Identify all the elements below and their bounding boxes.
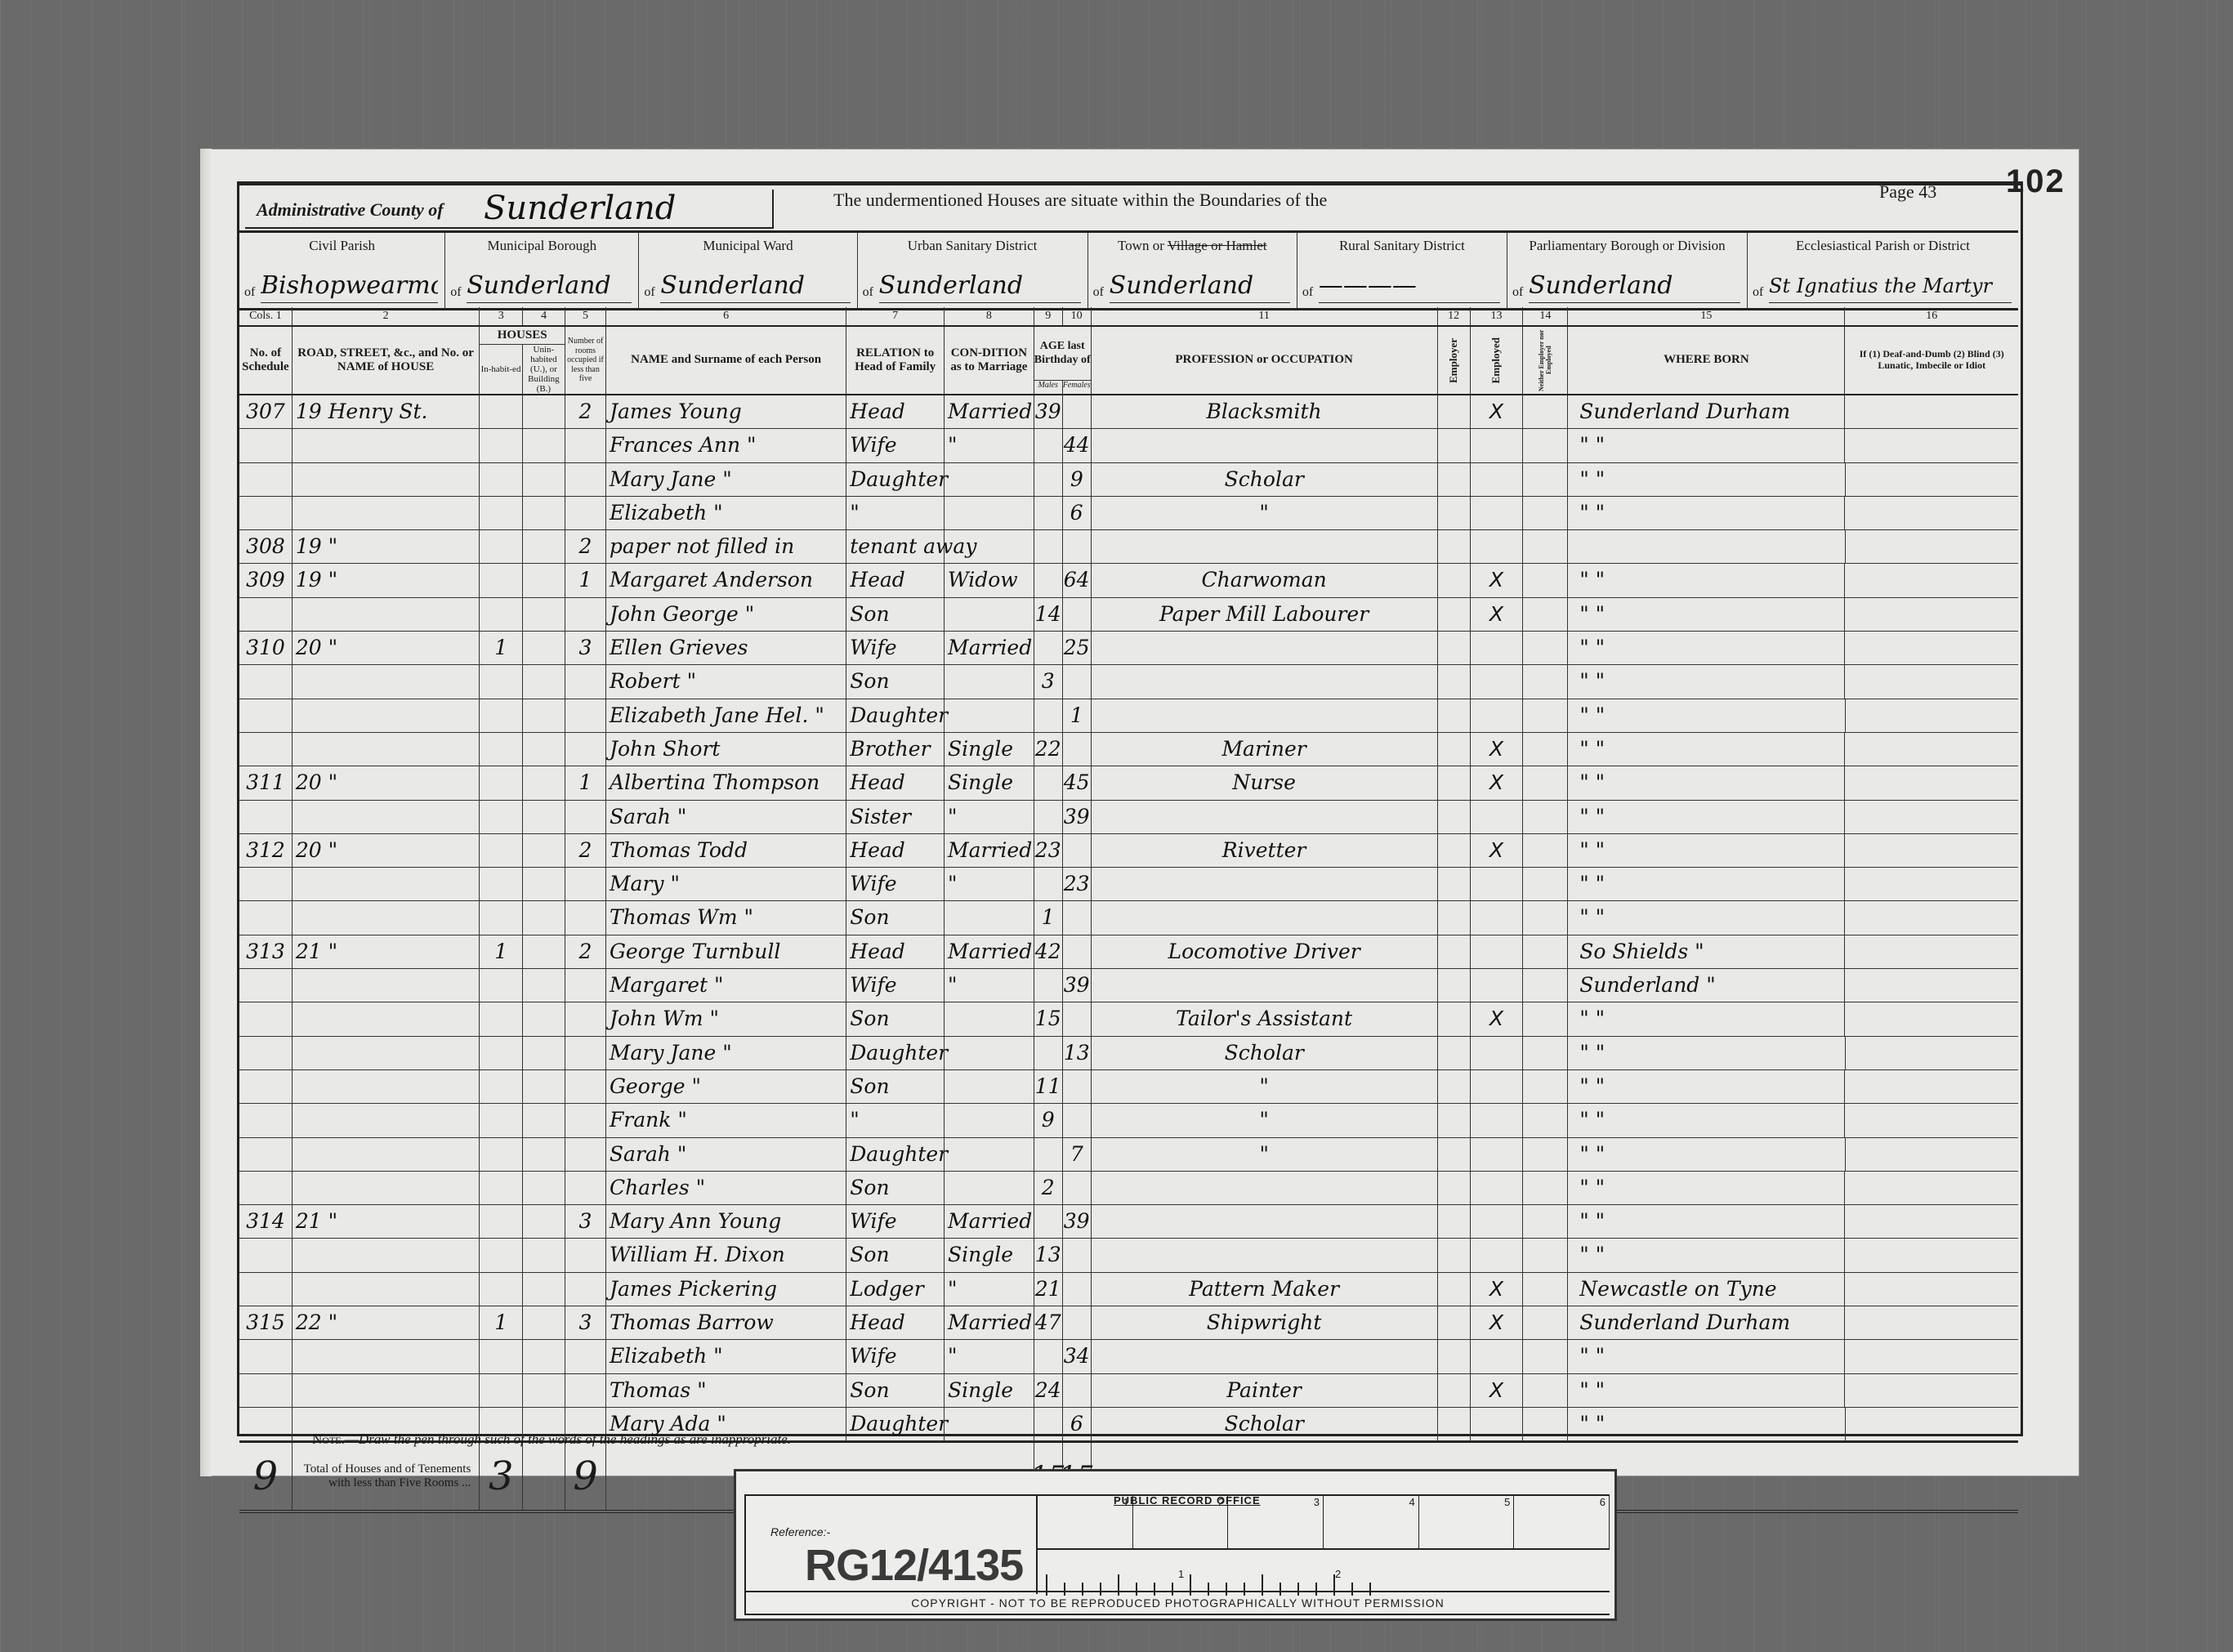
male-age <box>1034 699 1063 732</box>
inhabited-count <box>480 463 523 496</box>
infirmity <box>1845 429 2018 462</box>
where-born: " " <box>1568 564 1845 596</box>
female-age <box>1063 1374 1092 1407</box>
table-row: Elizabeth ""6"" " <box>239 497 2018 530</box>
employer-mark <box>1438 429 1471 462</box>
table-row: Sarah "Daughter7"" " <box>239 1138 2018 1172</box>
column-headers-row: No. of Schedule ROAD, STREET, &c., and N… <box>239 327 2018 395</box>
table-row: 30719 Henry St.2James YoungHeadMarried39… <box>239 395 2018 429</box>
administrative-county-label: Administrative County of <box>257 199 444 221</box>
header-relation: RELATION to Head of Family <box>846 327 945 394</box>
male-age: 47 <box>1034 1306 1063 1339</box>
where-born: " " <box>1568 429 1845 462</box>
neither-mark <box>1523 1273 1568 1306</box>
uninhabited-count <box>523 935 565 968</box>
relation-to-head: Head <box>846 834 945 867</box>
table-row: John George "Son14Paper Mill LabourerX" … <box>239 598 2018 632</box>
employer-mark <box>1438 1205 1471 1238</box>
employer-mark <box>1438 1374 1471 1407</box>
rooms-count <box>565 1374 606 1407</box>
person-name: Mary Jane " <box>606 1037 846 1069</box>
male-age <box>1034 868 1063 900</box>
neither-mark <box>1523 868 1568 900</box>
scale-ruler: 1 2 3 4 5 6 1 2 <box>1036 1496 1610 1594</box>
employer-mark <box>1438 497 1471 529</box>
schedule-number <box>239 1070 293 1103</box>
infirmity <box>1845 632 2018 664</box>
rooms-count <box>565 699 606 732</box>
employer-mark <box>1438 1002 1471 1035</box>
inhabited-count <box>480 834 523 867</box>
marital-condition: Married <box>945 834 1034 867</box>
uninhabited-count <box>523 665 565 698</box>
infirmity <box>1846 530 2018 563</box>
schedule-number <box>239 733 293 766</box>
female-age: 45 <box>1063 766 1092 799</box>
employed-mark <box>1471 1408 1524 1440</box>
employed-mark <box>1471 497 1524 529</box>
relation-to-head: Daughter <box>846 1138 945 1171</box>
infirmity <box>1845 665 2018 698</box>
male-age <box>1034 1408 1063 1440</box>
schedule-number <box>239 1273 293 1306</box>
rooms-count: 2 <box>565 395 606 428</box>
schedule-number <box>239 1104 293 1136</box>
female-age: 44 <box>1063 429 1092 462</box>
male-age: 22 <box>1034 733 1063 766</box>
employed-mark <box>1471 429 1524 462</box>
table-row: Elizabeth Jane Hel. "Daughter1" " <box>239 699 2018 733</box>
relation-to-head: Sister <box>846 801 945 833</box>
header-infirmity: If (1) Deaf-and-Dumb (2) Blind (3) Lunat… <box>1845 327 2018 394</box>
employed-mark <box>1471 1239 1524 1271</box>
male-age <box>1034 632 1063 664</box>
road-address <box>293 1002 480 1035</box>
relation-to-head: Head <box>846 395 945 428</box>
occupation: " <box>1092 1138 1438 1171</box>
rooms-count: 3 <box>565 632 606 664</box>
neither-mark <box>1523 1104 1568 1136</box>
inhabited-count <box>480 1037 523 1069</box>
road-address <box>293 463 480 496</box>
occupation: Nurse <box>1092 766 1438 799</box>
schedule-number <box>239 901 293 934</box>
marital-condition <box>945 463 1034 496</box>
uninhabited-count <box>523 834 565 867</box>
relation-to-head: Wife <box>846 1205 945 1238</box>
where-born: " " <box>1568 733 1845 766</box>
occupation <box>1092 1172 1438 1204</box>
neither-mark <box>1523 665 1568 698</box>
occupation: Locomotive Driver <box>1092 935 1438 968</box>
occupation <box>1092 868 1438 900</box>
header-rooms: Number of rooms occupied if less than fi… <box>565 327 606 394</box>
where-born: " " <box>1568 1205 1845 1238</box>
male-age <box>1034 766 1063 799</box>
neither-mark <box>1523 1070 1568 1103</box>
female-age <box>1063 935 1092 968</box>
schedule-number <box>239 463 293 496</box>
person-name: Albertina Thompson <box>606 766 846 799</box>
header-employed: Employed <box>1471 327 1524 394</box>
area-municipal-ward: Municipal Ward of Sunderland <box>639 233 857 308</box>
female-age <box>1063 1172 1092 1204</box>
employer-mark <box>1438 1037 1471 1069</box>
female-age <box>1063 1104 1092 1136</box>
relation-to-head: Daughter <box>846 1037 945 1069</box>
male-age <box>1034 801 1063 833</box>
header-inhabited: In-habit-ed <box>480 345 522 394</box>
table-row: John ShortBrotherSingle22MarinerX" " <box>239 733 2018 766</box>
employer-mark <box>1438 834 1471 867</box>
female-age: 39 <box>1063 801 1092 833</box>
table-row: Charles "Son2" " <box>239 1172 2018 1205</box>
road-address <box>293 1340 480 1373</box>
copyright-notice: COPYRIGHT - NOT TO BE REPRODUCED PHOTOGR… <box>746 1591 1610 1614</box>
road-address: 19 " <box>293 564 480 596</box>
relation-to-head: Son <box>846 598 945 631</box>
uninhabited-count <box>523 1070 565 1103</box>
person-name: paper not filled in <box>606 530 846 563</box>
person-name: John George " <box>606 598 846 631</box>
road-address <box>293 733 480 766</box>
occupation <box>1092 632 1438 664</box>
person-name: Robert " <box>606 665 846 698</box>
table-row: 31321 "12George TurnbullHeadMarried42Loc… <box>239 935 2018 969</box>
where-born: " " <box>1568 1002 1845 1035</box>
schedule-number <box>239 598 293 631</box>
employer-mark <box>1438 733 1471 766</box>
where-born: " " <box>1568 1138 1845 1171</box>
infirmity <box>1846 463 2018 496</box>
female-age <box>1063 1002 1092 1035</box>
neither-mark <box>1523 497 1568 529</box>
road-address <box>293 1239 480 1271</box>
marital-condition: Widow <box>945 564 1034 596</box>
header-schedule: No. of Schedule <box>239 327 293 394</box>
male-age: 11 <box>1034 1070 1063 1103</box>
uninhabited-count <box>523 733 565 766</box>
infirmity <box>1845 564 2018 596</box>
male-age: 39 <box>1034 395 1063 428</box>
infirmity <box>1845 1239 2018 1271</box>
table-row: Robert "Son3" " <box>239 665 2018 699</box>
marital-condition <box>945 1070 1034 1103</box>
neither-mark <box>1523 1037 1568 1069</box>
inhabited-count <box>480 1273 523 1306</box>
uninhabited-count <box>523 530 565 563</box>
table-row: 31120 "1Albertina ThompsonHeadSingle45Nu… <box>239 766 2018 800</box>
where-born: " " <box>1568 1070 1845 1103</box>
male-age <box>1034 1037 1063 1069</box>
employer-mark <box>1438 564 1471 596</box>
occupation: Charwoman <box>1092 564 1438 596</box>
rooms-count <box>565 901 606 934</box>
where-born: " " <box>1568 1374 1845 1407</box>
employer-mark <box>1438 801 1471 833</box>
employer-mark <box>1438 395 1471 428</box>
female-age <box>1063 1306 1092 1339</box>
table-row: 31522 "13Thomas BarrowHeadMarried47Shipw… <box>239 1306 2018 1340</box>
neither-mark <box>1523 1138 1568 1171</box>
neither-mark <box>1523 429 1568 462</box>
occupation: Shipwright <box>1092 1306 1438 1339</box>
road-address <box>293 1104 480 1136</box>
where-born: " " <box>1568 1037 1845 1069</box>
neither-mark <box>1523 801 1568 833</box>
infirmity <box>1845 1273 2018 1306</box>
employed-mark <box>1471 801 1524 833</box>
neither-mark <box>1523 1002 1568 1035</box>
male-age: 21 <box>1034 1273 1063 1306</box>
female-age: 25 <box>1063 632 1092 664</box>
neither-mark <box>1523 935 1568 968</box>
schedule-number <box>239 1239 293 1271</box>
road-address <box>293 1138 480 1171</box>
where-born: " " <box>1568 901 1845 934</box>
male-age: 14 <box>1034 598 1063 631</box>
total-schedules: 9 <box>239 1443 293 1510</box>
uninhabited-count <box>523 1239 565 1271</box>
uninhabited-count <box>523 429 565 462</box>
male-age <box>1034 969 1063 1002</box>
relation-to-head: Head <box>846 935 945 968</box>
employed-mark <box>1471 1037 1524 1069</box>
inhabited-count <box>480 733 523 766</box>
rooms-count <box>565 665 606 698</box>
rooms-count <box>565 497 606 529</box>
road-address <box>293 901 480 934</box>
employed-mark <box>1471 463 1524 496</box>
uninhabited-count <box>523 1273 565 1306</box>
neither-mark <box>1523 530 1568 563</box>
where-born: " " <box>1568 1104 1845 1136</box>
marital-condition <box>945 1408 1034 1440</box>
road-address: 20 " <box>293 766 480 799</box>
road-address <box>293 1374 480 1407</box>
where-born: Sunderland " <box>1568 969 1845 1002</box>
person-name: Margaret " <box>606 969 846 1002</box>
female-age: 6 <box>1063 497 1092 529</box>
employer-mark <box>1438 1273 1471 1306</box>
employer-mark <box>1438 1306 1471 1339</box>
infirmity <box>1845 1306 2018 1339</box>
schedule-number: 308 <box>239 530 293 563</box>
male-age: 2 <box>1034 1172 1063 1204</box>
marital-condition <box>945 1138 1034 1171</box>
person-name: Elizabeth Jane Hel. " <box>606 699 846 732</box>
schedule-number <box>239 1172 293 1204</box>
marital-condition: " <box>945 969 1034 1002</box>
header-neither: Neither Employer nor Employed <box>1523 327 1568 394</box>
occupation: Mariner <box>1092 733 1438 766</box>
inhabited-count <box>480 598 523 631</box>
male-age: 13 <box>1034 1239 1063 1271</box>
female-age <box>1063 901 1092 934</box>
table-row: 31421 "3Mary Ann YoungWifeMarried39" " <box>239 1205 2018 1239</box>
person-name: Elizabeth " <box>606 1340 846 1373</box>
neither-mark <box>1523 766 1568 799</box>
relation-to-head: " <box>846 1104 945 1136</box>
neither-mark <box>1523 969 1568 1002</box>
header-age: AGE last Birthday of Males Females <box>1034 327 1092 394</box>
table-row: 30919 "1Margaret AndersonHeadWidow64Char… <box>239 564 2018 597</box>
page-number: Page 43 <box>1879 181 1936 203</box>
road-address <box>293 801 480 833</box>
column-numbers-row: Cols. 1 2 3 4 5 6 7 8 9 10 11 12 13 14 1… <box>239 307 2018 327</box>
reference-label: PUBLIC RECORD OFFICE Reference:- RG12/41… <box>734 1469 1617 1621</box>
employed-mark: X <box>1471 766 1524 799</box>
employer-mark <box>1438 868 1471 900</box>
occupation: Scholar <box>1092 1037 1438 1069</box>
schedule-number <box>239 497 293 529</box>
uninhabited-count <box>523 901 565 934</box>
schedule-number <box>239 1037 293 1069</box>
total-houses-label: Total of Houses and of Tenements with le… <box>293 1443 480 1510</box>
road-address <box>293 1273 480 1306</box>
female-age: 13 <box>1063 1037 1092 1069</box>
female-age <box>1063 530 1092 563</box>
employer-mark <box>1438 935 1471 968</box>
rooms-count: 1 <box>565 564 606 596</box>
female-age: 23 <box>1063 868 1092 900</box>
occupation <box>1092 901 1438 934</box>
employed-mark: X <box>1471 1002 1524 1035</box>
relation-to-head: Wife <box>846 632 945 664</box>
employed-mark <box>1471 901 1524 934</box>
inhabited-count <box>480 1239 523 1271</box>
female-age: 6 <box>1063 1408 1092 1440</box>
employed-mark: X <box>1471 598 1524 631</box>
employed-mark <box>1471 699 1524 732</box>
rooms-count: 2 <box>565 834 606 867</box>
person-name: John Wm " <box>606 1002 846 1035</box>
schedule-number: 311 <box>239 766 293 799</box>
table-row: George "Son11"" " <box>239 1070 2018 1104</box>
occupation: Tailor's Assistant <box>1092 1002 1438 1035</box>
area-ecclesiastical-parish: Ecclesiastical Parish or District of St … <box>1748 233 2018 308</box>
neither-mark <box>1523 395 1568 428</box>
header-males: Males <box>1034 381 1063 394</box>
relation-to-head: tenant away <box>846 530 945 563</box>
table-row: Mary Jane "Daughter13Scholar" " <box>239 1037 2018 1070</box>
rooms-count <box>565 1273 606 1306</box>
inhabited-count <box>480 564 523 596</box>
area-boundaries-row: Civil Parish of Bishopwearmouth Municipa… <box>239 230 2018 310</box>
where-born: " " <box>1568 868 1845 900</box>
employer-mark <box>1438 766 1471 799</box>
marital-condition: " <box>945 429 1034 462</box>
where-born: " " <box>1568 1172 1845 1204</box>
person-name: Thomas Wm " <box>606 901 846 934</box>
rooms-count <box>565 429 606 462</box>
employer-mark <box>1438 1408 1471 1440</box>
marital-condition: Married <box>945 632 1034 664</box>
female-age: 1 <box>1063 699 1092 732</box>
occupation: Rivetter <box>1092 834 1438 867</box>
relation-to-head: Wife <box>846 969 945 1002</box>
rooms-count <box>565 801 606 833</box>
infirmity <box>1846 1037 2018 1069</box>
neither-mark <box>1523 1239 1568 1271</box>
female-age: 34 <box>1063 1340 1092 1373</box>
relation-to-head: Wife <box>846 429 945 462</box>
header-females: Females <box>1063 381 1091 394</box>
inhabited-count <box>480 699 523 732</box>
inhabited-count: 1 <box>480 935 523 968</box>
occupation <box>1092 1239 1438 1271</box>
marital-condition: Married <box>945 935 1034 968</box>
employed-mark <box>1471 969 1524 1002</box>
road-address <box>293 665 480 698</box>
rooms-count <box>565 1002 606 1035</box>
employer-mark <box>1438 1138 1471 1171</box>
female-age <box>1063 1070 1092 1103</box>
inhabited-count <box>480 801 523 833</box>
marital-condition: Single <box>945 1374 1034 1407</box>
male-age <box>1034 1205 1063 1238</box>
schedule-number: 313 <box>239 935 293 968</box>
infirmity <box>1845 935 2018 968</box>
relation-to-head: Daughter <box>846 463 945 496</box>
person-name: James Young <box>606 395 846 428</box>
infirmity <box>1845 1104 2018 1136</box>
uninhabited-count <box>523 868 565 900</box>
neither-mark <box>1523 463 1568 496</box>
area-rural-sanitary-district: Rural Sanitary District of ———— <box>1297 233 1507 308</box>
infirmity <box>1845 598 2018 631</box>
rooms-count <box>565 1172 606 1204</box>
uninhabited-count <box>523 801 565 833</box>
heading-note: Note.—Draw the pen through such of the w… <box>312 1431 791 1448</box>
rooms-count: 2 <box>565 935 606 968</box>
road-address: 20 " <box>293 834 480 867</box>
where-born: Sunderland Durham <box>1568 395 1845 428</box>
relation-to-head: Wife <box>846 1340 945 1373</box>
occupation <box>1092 530 1438 563</box>
infirmity <box>1845 1172 2018 1204</box>
employed-mark <box>1471 1070 1524 1103</box>
schedule-number <box>239 1002 293 1035</box>
male-age: 1 <box>1034 901 1063 934</box>
employer-mark <box>1438 969 1471 1002</box>
marital-condition: Married <box>945 1306 1034 1339</box>
infirmity <box>1845 1374 2018 1407</box>
marital-condition: " <box>945 1340 1034 1373</box>
rooms-count <box>565 1239 606 1271</box>
occupation: Painter <box>1092 1374 1438 1407</box>
infirmity <box>1845 1070 2018 1103</box>
female-age: 64 <box>1063 564 1092 596</box>
boundaries-heading: The undermentioned Houses are situate wi… <box>833 190 1327 211</box>
person-name: Frances Ann " <box>606 429 846 462</box>
neither-mark <box>1523 699 1568 732</box>
table-row: Sarah "Sister"39" " <box>239 801 2018 834</box>
relation-to-head: Brother <box>846 733 945 766</box>
male-age <box>1034 1138 1063 1171</box>
employed-mark: X <box>1471 1306 1524 1339</box>
table-row: 31020 "13Ellen GrievesWifeMarried25" " <box>239 632 2018 665</box>
header-road: ROAD, STREET, &c., and No. or NAME of HO… <box>293 327 480 394</box>
table-row: 31220 "2Thomas ToddHeadMarried23Rivetter… <box>239 834 2018 868</box>
header-employer: Employer <box>1438 327 1471 394</box>
marital-condition: Married <box>945 395 1034 428</box>
neither-mark <box>1523 901 1568 934</box>
marital-condition <box>945 1002 1034 1035</box>
uninhabited-count <box>523 699 565 732</box>
road-address: 19 Henry St. <box>293 395 480 428</box>
table-row: 30819 "2paper not filled intenant away <box>239 530 2018 564</box>
